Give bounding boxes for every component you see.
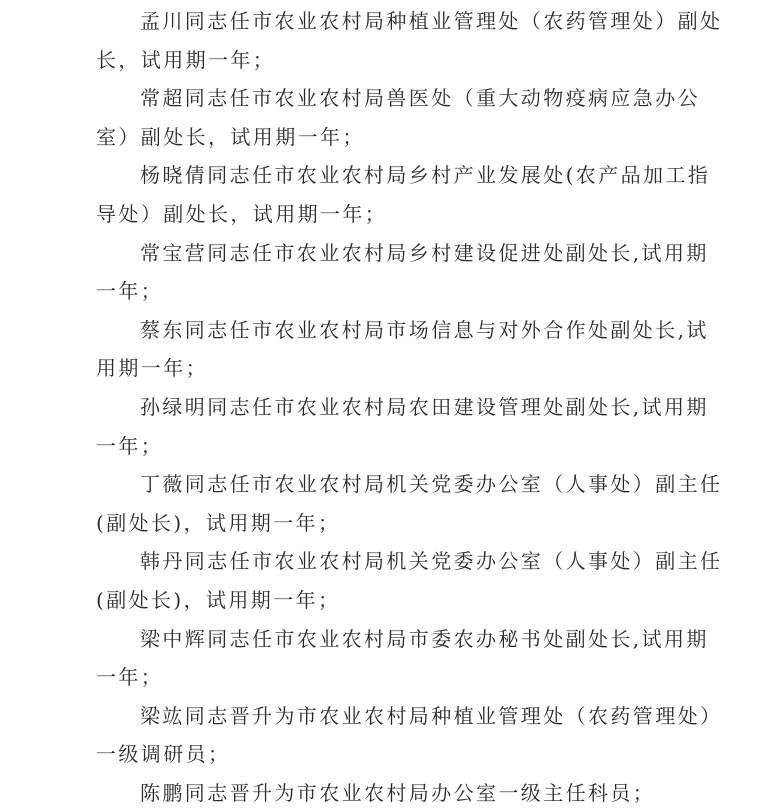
document-page: 孟川同志任市农业农村局种植业管理处（农药管理处）副处 长，试用期一年； 常超同志… [96,0,686,810]
entry-line: 常超同志任市农业农村局兽医处（重大动物疫病应急办公 [96,79,686,118]
entry-line: 一级调研员； [96,735,686,774]
entry-line: 杨晓倩同志任市农业农村局乡村产业发展处(农产品加工指 [96,156,686,195]
entry-line: 孙绿明同志任市农业农村局农田建设管理处副处长,试用期 [96,388,686,427]
entry-line: 用期一年； [96,349,686,388]
entry-line: 韩丹同志任市农业农村局机关党委办公室（人事处）副主任 [96,542,686,581]
entry-line: 一年； [96,658,686,697]
entry-line: 丁薇同志任市农业农村局机关党委办公室（人事处）副主任 [96,465,686,504]
entry-liang-zhonghui: 梁中辉同志任市农业农村局市委农办秘书处副处长,试用期 一年； [96,618,686,695]
entry-line: 室）副处长，试用期一年； [96,118,686,157]
entry-line: (副处长)，试用期一年； [96,504,686,543]
entry-line: 陈鹏同志晋升为市农业农村局办公室一级主任科员； [96,774,686,810]
entry-yang-xiaoqian: 杨晓倩同志任市农业农村局乡村产业发展处(农产品加工指 导处）副处长，试用期一年； [96,154,686,231]
entry-meng-chuan: 孟川同志任市农业农村局种植业管理处（农药管理处）副处 长，试用期一年； [96,0,686,77]
entry-han-dan: 韩丹同志任市农业农村局机关党委办公室（人事处）副主任 (副处长)，试用期一年； [96,540,686,617]
entry-ding-wei: 丁薇同志任市农业农村局机关党委办公室（人事处）副主任 (副处长)，试用期一年； [96,463,686,540]
entry-sun-lvming: 孙绿明同志任市农业农村局农田建设管理处副处长,试用期 一年； [96,386,686,463]
entry-line: 导处）副处长，试用期一年； [96,195,686,234]
entry-chang-chao: 常超同志任市农业农村局兽医处（重大动物疫病应急办公 室）副处长，试用期一年； [96,77,686,154]
entry-chang-baoying: 常宝营同志任市农业农村局乡村建设促进处副处长,试用期 一年； [96,232,686,309]
entry-cai-dong: 蔡东同志任市农业农村局市场信息与对外合作处副处长,试 用期一年； [96,309,686,386]
entry-liang-hong: 梁竑同志晋升为市农业农村局种植业管理处（农药管理处） 一级调研员； [96,695,686,772]
entry-chen-peng: 陈鹏同志晋升为市农业农村局办公室一级主任科员； [96,772,686,810]
entry-line: (副处长)，试用期一年； [96,581,686,620]
entry-line: 一年； [96,272,686,311]
entry-line: 一年； [96,427,686,466]
entry-line: 梁中辉同志任市农业农村局市委农办秘书处副处长,试用期 [96,620,686,659]
entry-line: 长，试用期一年； [96,41,686,80]
entry-line: 蔡东同志任市农业农村局市场信息与对外合作处副处长,试 [96,311,686,350]
entry-line: 常宝营同志任市农业农村局乡村建设促进处副处长,试用期 [96,234,686,273]
entry-line: 孟川同志任市农业农村局种植业管理处（农药管理处）副处 [96,2,686,41]
entry-line: 梁竑同志晋升为市农业农村局种植业管理处（农药管理处） [96,697,686,736]
